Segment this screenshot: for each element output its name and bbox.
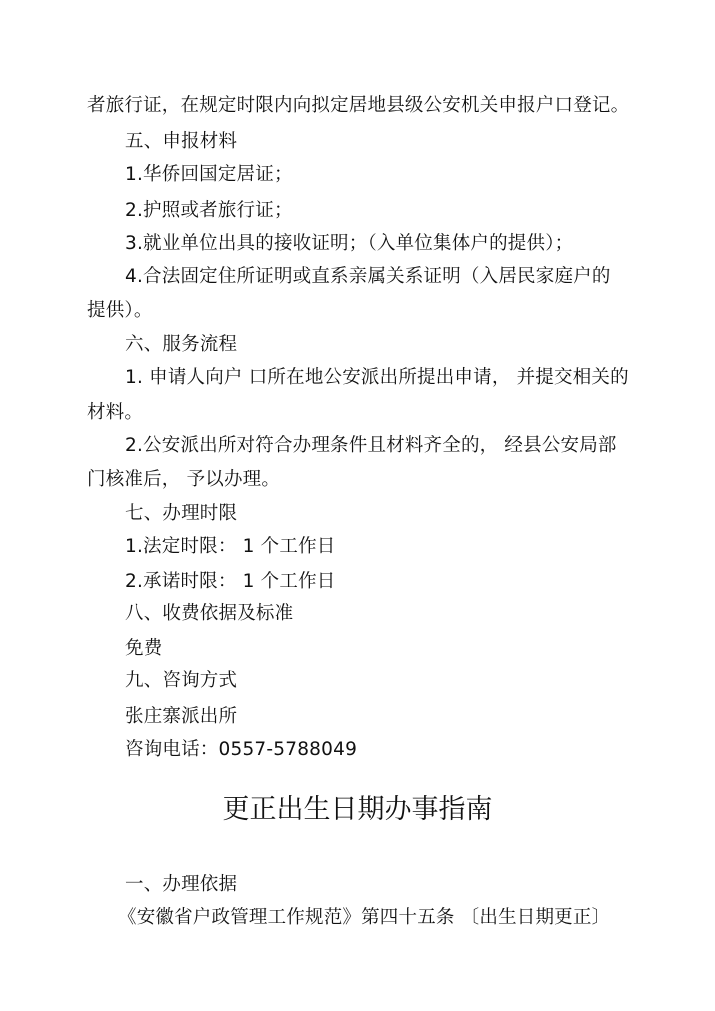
legal-basis-text: 《安徽省户政管理工作规范》第四十五条 〔出生日期更正〕 xyxy=(118,906,610,930)
list-item: 3.就业单位出具的接收证明；（入单位集体户的提供）； xyxy=(125,232,573,256)
section-heading-basis: 一、办理依据 xyxy=(125,873,237,897)
list-item: 1. 申请人向户 口所在地公安派出所提出申请， 并提交相关的 xyxy=(125,366,629,390)
section-heading-materials: 五、申报材料 xyxy=(125,130,237,154)
list-item-continuation: 提供）。 xyxy=(87,299,153,323)
list-item: 1.华侨回国定居证； xyxy=(125,163,293,187)
section-heading-contact: 九、咨询方式 xyxy=(125,669,237,693)
contact-phone: 咨询电话：0557-5788049 xyxy=(125,738,357,762)
section-heading-process: 六、服务流程 xyxy=(125,333,237,357)
section-title: 更正出生日期办事指南 xyxy=(0,792,715,828)
section-heading-time-limit: 七、办理时限 xyxy=(125,502,237,526)
list-item-continuation: 材料。 xyxy=(87,401,143,425)
list-item: 2.护照或者旅行证； xyxy=(125,199,293,223)
paragraph-continuation: 者旅行证，在规定时限内向拟定居地县级公安机关申报户口登记。 xyxy=(87,94,629,118)
contact-office: 张庄寨派出所 xyxy=(125,705,237,729)
list-item: 2.承诺时限： 1 个工作日 xyxy=(125,570,335,594)
list-item: 4.合法固定住所证明或直系亲属关系证明（入居民家庭户的 xyxy=(125,265,611,289)
fee-value: 免费 xyxy=(125,637,162,661)
list-item: 1.法定时限： 1 个工作日 xyxy=(125,535,335,559)
list-item: 2.公安派出所对符合办理条件且材料齐全的， 经县公安局部 xyxy=(125,434,617,458)
section-heading-fees: 八、收费依据及标准 xyxy=(125,602,293,626)
list-item-continuation: 门核准后， 予以办理。 xyxy=(87,468,280,492)
